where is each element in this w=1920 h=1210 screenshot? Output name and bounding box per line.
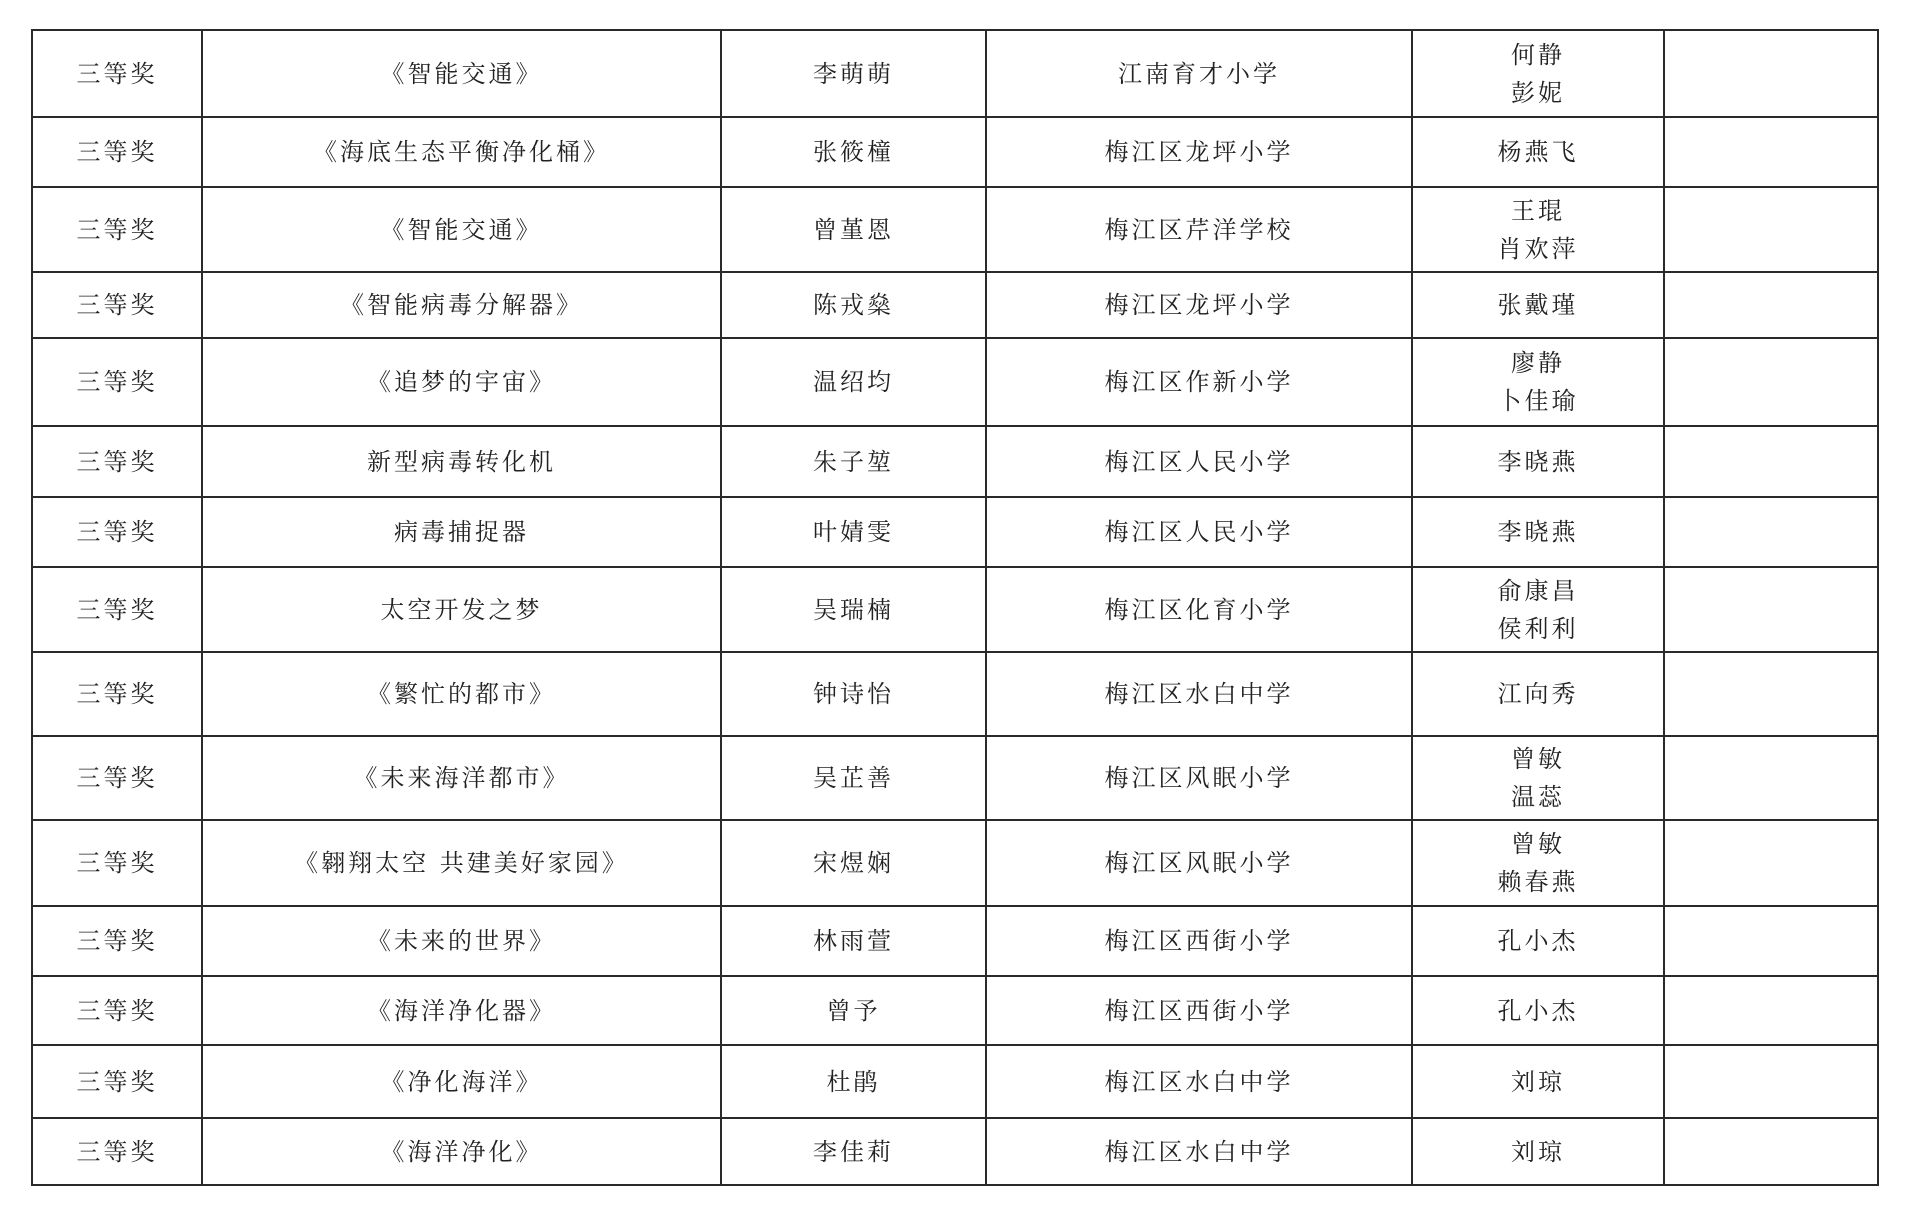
- note-cell: [1664, 567, 1878, 652]
- teacher-name: 彭妮: [1413, 74, 1663, 112]
- teacher-cell: 曾敏温蕊: [1412, 736, 1664, 820]
- award-cell: 三等奖: [32, 1118, 202, 1185]
- table-row: 三等奖太空开发之梦吴瑞楠梅江区化育小学俞康昌侯利利: [32, 567, 1878, 652]
- note-cell: [1664, 736, 1878, 820]
- school-cell: 梅江区西街小学: [986, 906, 1412, 976]
- teacher-name: 孔小杰: [1413, 992, 1663, 1030]
- note-cell: [1664, 272, 1878, 338]
- teacher-name: 温蕊: [1413, 778, 1663, 816]
- table-row: 三等奖《翱翔太空 共建美好家园》宋煜娴梅江区风眠小学曾敏赖春燕: [32, 820, 1878, 906]
- teacher-name: 李晓燕: [1413, 513, 1663, 551]
- table-row: 三等奖《未来海洋都市》吴芷善梅江区风眠小学曾敏温蕊: [32, 736, 1878, 820]
- teacher-cell: 孔小杰: [1412, 976, 1664, 1045]
- teacher-name: 俞康昌: [1413, 572, 1663, 610]
- work-title-cell: 《繁忙的都市》: [202, 652, 721, 736]
- teacher-name: 李晓燕: [1413, 443, 1663, 481]
- student-name-cell: 叶婧雯: [721, 497, 986, 567]
- award-cell: 三等奖: [32, 272, 202, 338]
- teacher-name: 王琨: [1413, 192, 1663, 230]
- teacher-name: 何静: [1413, 36, 1663, 74]
- work-title-cell: 《未来海洋都市》: [202, 736, 721, 820]
- work-title-cell: 《翱翔太空 共建美好家园》: [202, 820, 721, 906]
- table-row: 三等奖《追梦的宇宙》温绍均梅江区作新小学廖静卜佳瑜: [32, 338, 1878, 426]
- teacher-name: 曾敏: [1413, 825, 1663, 863]
- school-cell: 梅江区风眠小学: [986, 820, 1412, 906]
- school-cell: 梅江区芹洋学校: [986, 187, 1412, 272]
- note-cell: [1664, 30, 1878, 117]
- table-row: 三等奖《海洋净化》李佳莉梅江区水白中学刘琼: [32, 1118, 1878, 1185]
- award-table-body: 三等奖《智能交通》李萌萌江南育才小学何静彭妮三等奖《海底生态平衡净化桶》张筱橦梅…: [32, 30, 1878, 1185]
- school-cell: 梅江区风眠小学: [986, 736, 1412, 820]
- table-row: 三等奖《海底生态平衡净化桶》张筱橦梅江区龙坪小学杨燕飞: [32, 117, 1878, 187]
- teacher-cell: 王琨肖欢萍: [1412, 187, 1664, 272]
- table-row: 三等奖《海洋净化器》曾予梅江区西街小学孔小杰: [32, 976, 1878, 1045]
- teacher-name: 曾敏: [1413, 740, 1663, 778]
- table-row: 三等奖《智能病毒分解器》陈戎燊梅江区龙坪小学张戴瑾: [32, 272, 1878, 338]
- work-title-cell: 《海洋净化》: [202, 1118, 721, 1185]
- note-cell: [1664, 1045, 1878, 1118]
- student-name-cell: 李萌萌: [721, 30, 986, 117]
- student-name-cell: 吴芷善: [721, 736, 986, 820]
- teacher-name: 侯利利: [1413, 610, 1663, 648]
- teacher-cell: 杨燕飞: [1412, 117, 1664, 187]
- work-title-cell: 病毒捕捉器: [202, 497, 721, 567]
- table-row: 三等奖《净化海洋》杜鹃梅江区水白中学刘琼: [32, 1045, 1878, 1118]
- school-cell: 梅江区人民小学: [986, 426, 1412, 497]
- teacher-cell: 刘琼: [1412, 1118, 1664, 1185]
- award-cell: 三等奖: [32, 652, 202, 736]
- teacher-name: 廖静: [1413, 344, 1663, 382]
- teacher-cell: 李晓燕: [1412, 497, 1664, 567]
- teacher-name: 刘琼: [1413, 1063, 1663, 1101]
- note-cell: [1664, 906, 1878, 976]
- teacher-name: 刘琼: [1413, 1133, 1663, 1171]
- teacher-cell: 江向秀: [1412, 652, 1664, 736]
- student-name-cell: 杜鹃: [721, 1045, 986, 1118]
- teacher-name: 张戴瑾: [1413, 286, 1663, 324]
- note-cell: [1664, 820, 1878, 906]
- work-title-cell: 《智能病毒分解器》: [202, 272, 721, 338]
- student-name-cell: 温绍均: [721, 338, 986, 426]
- table-row: 三等奖新型病毒转化机朱子堃梅江区人民小学李晓燕: [32, 426, 1878, 497]
- award-table: 三等奖《智能交通》李萌萌江南育才小学何静彭妮三等奖《海底生态平衡净化桶》张筱橦梅…: [31, 29, 1879, 1186]
- work-title-cell: 《追梦的宇宙》: [202, 338, 721, 426]
- work-title-cell: 《智能交通》: [202, 30, 721, 117]
- student-name-cell: 朱子堃: [721, 426, 986, 497]
- award-cell: 三等奖: [32, 338, 202, 426]
- teacher-cell: 刘琼: [1412, 1045, 1664, 1118]
- student-name-cell: 钟诗怡: [721, 652, 986, 736]
- award-cell: 三等奖: [32, 906, 202, 976]
- work-title-cell: 《净化海洋》: [202, 1045, 721, 1118]
- note-cell: [1664, 652, 1878, 736]
- school-cell: 梅江区水白中学: [986, 1045, 1412, 1118]
- note-cell: [1664, 497, 1878, 567]
- award-cell: 三等奖: [32, 117, 202, 187]
- teacher-name: 赖春燕: [1413, 863, 1663, 901]
- award-cell: 三等奖: [32, 567, 202, 652]
- teacher-name: 肖欢萍: [1413, 230, 1663, 268]
- student-name-cell: 李佳莉: [721, 1118, 986, 1185]
- student-name-cell: 张筱橦: [721, 117, 986, 187]
- award-cell: 三等奖: [32, 497, 202, 567]
- school-cell: 江南育才小学: [986, 30, 1412, 117]
- teacher-name: 卜佳瑜: [1413, 382, 1663, 420]
- student-name-cell: 曾堇恩: [721, 187, 986, 272]
- note-cell: [1664, 426, 1878, 497]
- award-cell: 三等奖: [32, 736, 202, 820]
- table-row: 三等奖《智能交通》曾堇恩梅江区芹洋学校王琨肖欢萍: [32, 187, 1878, 272]
- award-cell: 三等奖: [32, 30, 202, 117]
- note-cell: [1664, 1118, 1878, 1185]
- award-cell: 三等奖: [32, 426, 202, 497]
- teacher-cell: 何静彭妮: [1412, 30, 1664, 117]
- teacher-cell: 曾敏赖春燕: [1412, 820, 1664, 906]
- teacher-cell: 俞康昌侯利利: [1412, 567, 1664, 652]
- note-cell: [1664, 117, 1878, 187]
- note-cell: [1664, 976, 1878, 1045]
- award-cell: 三等奖: [32, 976, 202, 1045]
- work-title-cell: 新型病毒转化机: [202, 426, 721, 497]
- note-cell: [1664, 187, 1878, 272]
- student-name-cell: 曾予: [721, 976, 986, 1045]
- school-cell: 梅江区西街小学: [986, 976, 1412, 1045]
- teacher-cell: 廖静卜佳瑜: [1412, 338, 1664, 426]
- work-title-cell: 太空开发之梦: [202, 567, 721, 652]
- award-cell: 三等奖: [32, 187, 202, 272]
- teacher-name: 江向秀: [1413, 675, 1663, 713]
- teacher-cell: 孔小杰: [1412, 906, 1664, 976]
- school-cell: 梅江区龙坪小学: [986, 117, 1412, 187]
- work-title-cell: 《未来的世界》: [202, 906, 721, 976]
- table-row: 三等奖《智能交通》李萌萌江南育才小学何静彭妮: [32, 30, 1878, 117]
- school-cell: 梅江区作新小学: [986, 338, 1412, 426]
- teacher-cell: 李晓燕: [1412, 426, 1664, 497]
- student-name-cell: 陈戎燊: [721, 272, 986, 338]
- school-cell: 梅江区人民小学: [986, 497, 1412, 567]
- school-cell: 梅江区水白中学: [986, 652, 1412, 736]
- table-row: 三等奖《未来的世界》林雨萱梅江区西街小学孔小杰: [32, 906, 1878, 976]
- student-name-cell: 吴瑞楠: [721, 567, 986, 652]
- note-cell: [1664, 338, 1878, 426]
- award-cell: 三等奖: [32, 820, 202, 906]
- teacher-name: 杨燕飞: [1413, 133, 1663, 171]
- school-cell: 梅江区水白中学: [986, 1118, 1412, 1185]
- school-cell: 梅江区龙坪小学: [986, 272, 1412, 338]
- student-name-cell: 林雨萱: [721, 906, 986, 976]
- work-title-cell: 《海底生态平衡净化桶》: [202, 117, 721, 187]
- award-cell: 三等奖: [32, 1045, 202, 1118]
- school-cell: 梅江区化育小学: [986, 567, 1412, 652]
- teacher-cell: 张戴瑾: [1412, 272, 1664, 338]
- table-row: 三等奖《繁忙的都市》钟诗怡梅江区水白中学江向秀: [32, 652, 1878, 736]
- work-title-cell: 《海洋净化器》: [202, 976, 721, 1045]
- teacher-name: 孔小杰: [1413, 922, 1663, 960]
- work-title-cell: 《智能交通》: [202, 187, 721, 272]
- table-row: 三等奖病毒捕捉器叶婧雯梅江区人民小学李晓燕: [32, 497, 1878, 567]
- student-name-cell: 宋煜娴: [721, 820, 986, 906]
